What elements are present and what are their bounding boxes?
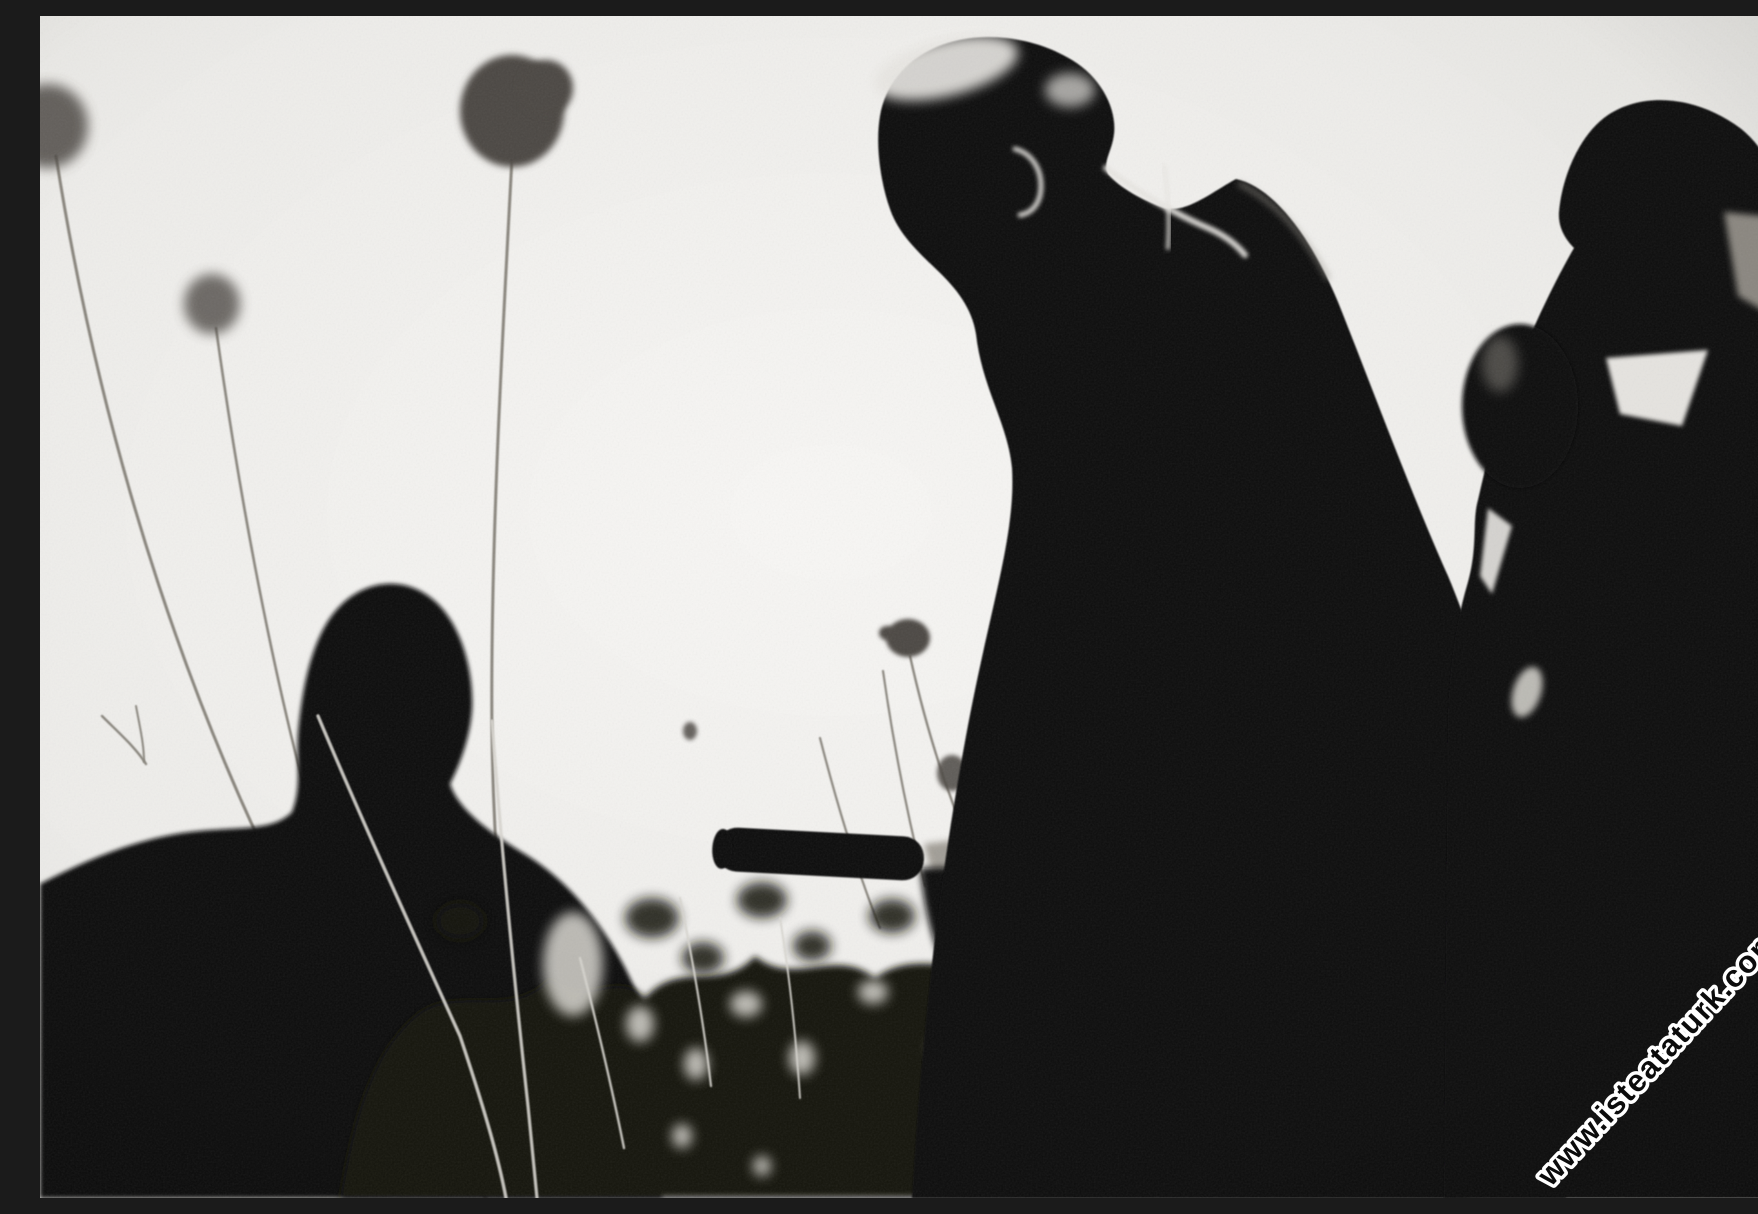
film-grain-overlay [40,16,1758,1198]
photo-scene: www.isteataturk.com [40,16,1758,1198]
photograph: www.isteataturk.com [40,16,1758,1198]
